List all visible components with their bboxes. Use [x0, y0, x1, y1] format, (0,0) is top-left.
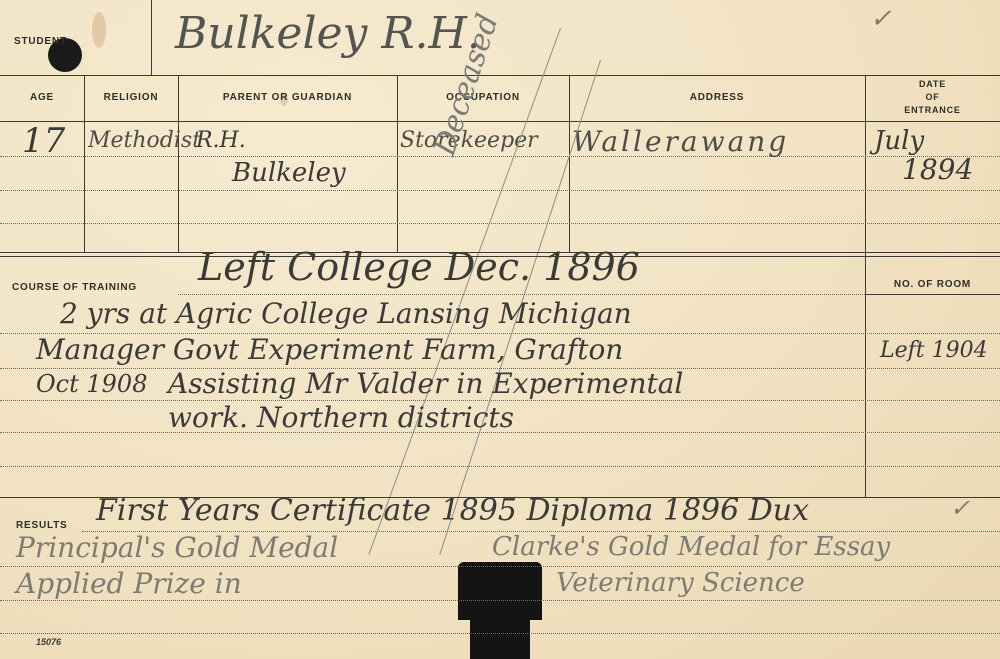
rule	[0, 121, 1000, 122]
course-date-note: Oct 1908	[36, 372, 147, 396]
student-record-card: STUDENT Bulkeley R.H. ✓ AGE RELIGION PAR…	[0, 0, 1000, 659]
check-mark: ✓	[870, 6, 892, 32]
rust-stain	[92, 12, 106, 48]
course-line-1: 2 yrs at Agric College Lansing Michigan	[60, 300, 632, 328]
results-line-5: Veterinary Science	[556, 570, 805, 596]
course-line-4: work. Northern districts	[168, 404, 514, 432]
column-header-occupation: OCCUPATION	[397, 92, 569, 104]
filing-slot-stem	[470, 610, 530, 659]
religion-value: Methodist	[88, 130, 201, 152]
divider	[151, 0, 152, 75]
age-value: 17	[22, 124, 65, 158]
student-name: Bulkeley R.H.	[175, 12, 481, 56]
course-line-3: Assisting Mr Valder in Experimental	[168, 370, 683, 398]
column-header-age: AGE	[0, 92, 84, 104]
dotted-rule	[0, 600, 1000, 601]
course-line-2: Manager Govt Experiment Farm, Grafton	[36, 336, 623, 364]
column-header-date-of-entrance: DATE OF ENTRANCE	[865, 78, 1000, 117]
rule	[865, 294, 1000, 295]
student-label: STUDENT	[14, 36, 67, 48]
dotted-rule	[0, 633, 1000, 634]
course-headline: Left College Dec. 1896	[198, 248, 640, 286]
address-value: Wallerawang	[572, 128, 789, 156]
date-of-entrance-year: 1894	[902, 156, 973, 184]
check-mark: ✓	[950, 496, 970, 520]
results-line-2: Principal's Gold Medal	[16, 534, 338, 562]
dotted-rule	[0, 223, 1000, 224]
dotted-rule	[0, 156, 1000, 157]
results-line-1: First Years Certificate 1895 Diploma 189…	[96, 496, 809, 526]
column-header-religion: RELIGION	[84, 92, 178, 104]
date-of-entrance-month: July	[874, 128, 924, 154]
room-note: Left 1904	[880, 340, 988, 362]
parent-surname: Bulkeley	[232, 160, 346, 186]
column-header-address: ADDRESS	[569, 92, 865, 104]
course-label: COURSE OF TRAINING	[12, 282, 137, 294]
dotted-rule	[0, 466, 1000, 467]
room-label: No. OF ROOM	[865, 279, 1000, 291]
results-line-3: Clarke's Gold Medal for Essay	[492, 534, 890, 560]
parent-initials: R.H.	[196, 130, 246, 152]
rule	[0, 75, 1000, 76]
serial-number: 15076	[36, 637, 61, 647]
dotted-rule	[178, 294, 865, 295]
results-line-4: Applied Prize in	[16, 570, 242, 598]
column-header-parent: PARENT OR GUARDIAN	[178, 92, 397, 104]
